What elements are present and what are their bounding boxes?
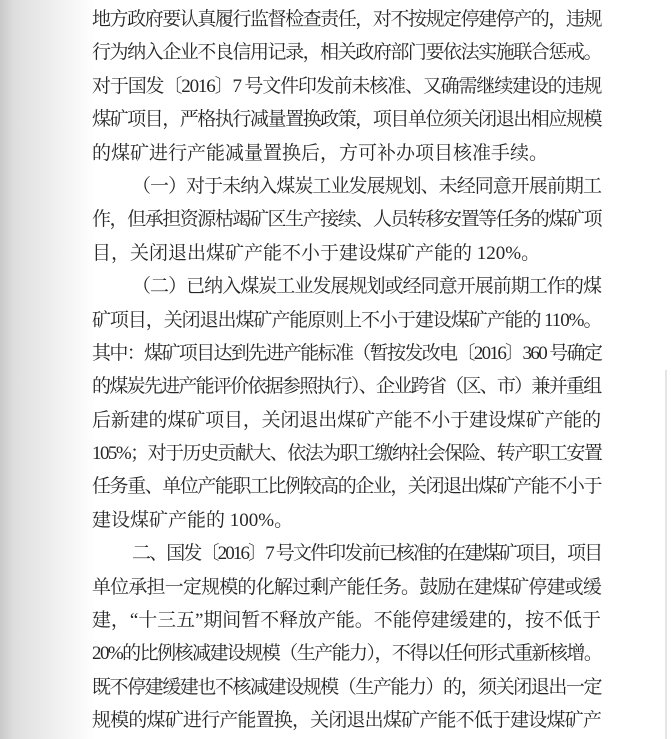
text-line: 矿项目，关闭退出煤矿产能原则上不小于建设煤矿产能的 110%。: [92, 304, 601, 337]
text-line: 既不停建缓建也不核减建设规模（生产能力）的，须关闭退出一定: [92, 671, 601, 704]
text-line: 地方政府要认真履行监督检查责任，对不按规定停建停产的，违规: [92, 3, 601, 36]
text-line: 对于国发〔2016〕7 号文件印发前未核准、又确需继续建设的违规: [92, 70, 601, 103]
text-line: 目，关闭退出煤矿产能不小于建设煤矿产能的 120%。: [92, 237, 601, 270]
text-line-content: 行为纳入企业不良信用记录，相关政府部门要依法实施联合惩戒。: [92, 36, 601, 69]
text-line-content: 对于国发〔2016〕7 号文件印发前未核准、又确需继续建设的违规: [92, 70, 601, 103]
text-line-content: 规模的煤矿进行产能置换，关闭退出煤矿产能不低于建设煤矿产: [92, 704, 601, 737]
text-line-content: 既不停建缓建也不核减建设规模（生产能力）的，须关闭退出一定: [92, 671, 601, 704]
text-line: 的煤矿进行产能减量置换后，方可补办项目核准手续。: [92, 137, 601, 170]
text-line: 建，“十三五”期间暂不释放产能。不能停建缓建的，按不低于: [92, 604, 601, 637]
text-line-content: 任务重、单位产能职工比例较高的企业，关闭退出煤矿产能不小于: [92, 470, 601, 503]
text-line-content: 目，关闭退出煤矿产能不小于建设煤矿产能的 120%。: [92, 237, 540, 270]
text-line-content: 的煤矿进行产能减量置换后，方可补办项目核准手续。: [92, 137, 548, 170]
text-line: 其中：煤矿项目达到先进产能标准（暂按发改电〔2016〕360 号确定: [92, 337, 601, 370]
text-line: 行为纳入企业不良信用记录，相关政府部门要依法实施联合惩戒。: [92, 36, 601, 69]
document-text-block: 地方政府要认真履行监督检查责任，对不按规定停建停产的，违规 行为纳入企业不良信用…: [92, 3, 601, 738]
text-line-content: （二）已纳入煤炭工业发展规划或经同意开展前期工作的煤: [132, 270, 601, 303]
text-line: 任务重、单位产能职工比例较高的企业，关闭退出煤矿产能不小于: [92, 470, 601, 503]
text-line: （一）对于未纳入煤炭工业发展规划、未经同意开展前期工: [92, 170, 601, 203]
text-line-content: 后新建的煤矿项目，关闭退出煤矿产能不小于建设煤矿产能的: [92, 404, 601, 437]
text-line-content: 建设煤矿产能的 100%。: [92, 504, 293, 537]
text-line-content: （一）对于未纳入煤炭工业发展规划、未经同意开展前期工: [132, 170, 601, 203]
text-line-content: 建，“十三五”期间暂不释放产能。不能停建缓建的，按不低于: [92, 604, 601, 637]
scanned-page: 地方政府要认真履行监督检查责任，对不按规定停建停产的，违规 行为纳入企业不良信用…: [0, 0, 671, 739]
text-line-content: 作，但承担资源枯竭矿区生产接续、人员转移安置等任务的煤矿项: [92, 203, 601, 236]
text-line-content: 单位承担一定规模的化解过剩产能任务。鼓励在建煤矿停建或缓: [92, 571, 601, 604]
text-line: （二）已纳入煤炭工业发展规划或经同意开展前期工作的煤: [92, 270, 601, 303]
text-line-content: 矿项目，关闭退出煤矿产能原则上不小于建设煤矿产能的 110%。: [92, 304, 601, 337]
text-line: 的煤炭先进产能评价依据参照执行）、企业跨省（区、市）兼并重组: [92, 370, 601, 403]
text-line-content: 地方政府要认真履行监督检查责任，对不按规定停建停产的，违规: [92, 3, 601, 36]
text-line-content: 的煤炭先进产能评价依据参照执行）、企业跨省（区、市）兼并重组: [92, 370, 601, 403]
text-line-content: 其中：煤矿项目达到先进产能标准（暂按发改电〔2016〕360 号确定: [92, 337, 601, 370]
text-line-content: 二、国发〔2016〕7 号文件印发前已核准的在建煤矿项目，项目: [132, 537, 601, 570]
text-line: 煤矿项目，严格执行减量置换政策，项目单位须关闭退出相应规模: [92, 103, 601, 136]
text-line: 单位承担一定规模的化解过剩产能任务。鼓励在建煤矿停建或缓: [92, 571, 601, 604]
text-line: 规模的煤矿进行产能置换，关闭退出煤矿产能不低于建设煤矿产: [92, 704, 601, 737]
text-line: 后新建的煤矿项目，关闭退出煤矿产能不小于建设煤矿产能的: [92, 404, 601, 437]
text-line: 105%；对于历史贡献大、依法为职工缴纳社会保险、转产职工安置: [92, 437, 601, 470]
text-line: 建设煤矿产能的 100%。: [92, 504, 601, 537]
text-line: 20%的比例核减建设规模（生产能力），不得以任何形式重新核增。: [92, 637, 601, 670]
text-line-content: 105%；对于历史贡献大、依法为职工缴纳社会保险、转产职工安置: [92, 437, 601, 470]
text-line-content: 20%的比例核减建设规模（生产能力），不得以任何形式重新核增。: [92, 637, 601, 670]
text-line: 二、国发〔2016〕7 号文件印发前已核准的在建煤矿项目，项目: [92, 537, 601, 570]
text-line-content: 煤矿项目，严格执行减量置换政策，项目单位须关闭退出相应规模: [92, 103, 601, 136]
text-line: 作，但承担资源枯竭矿区生产接续、人员转移安置等任务的煤矿项: [92, 203, 601, 236]
page-edge-line: [665, 370, 667, 739]
